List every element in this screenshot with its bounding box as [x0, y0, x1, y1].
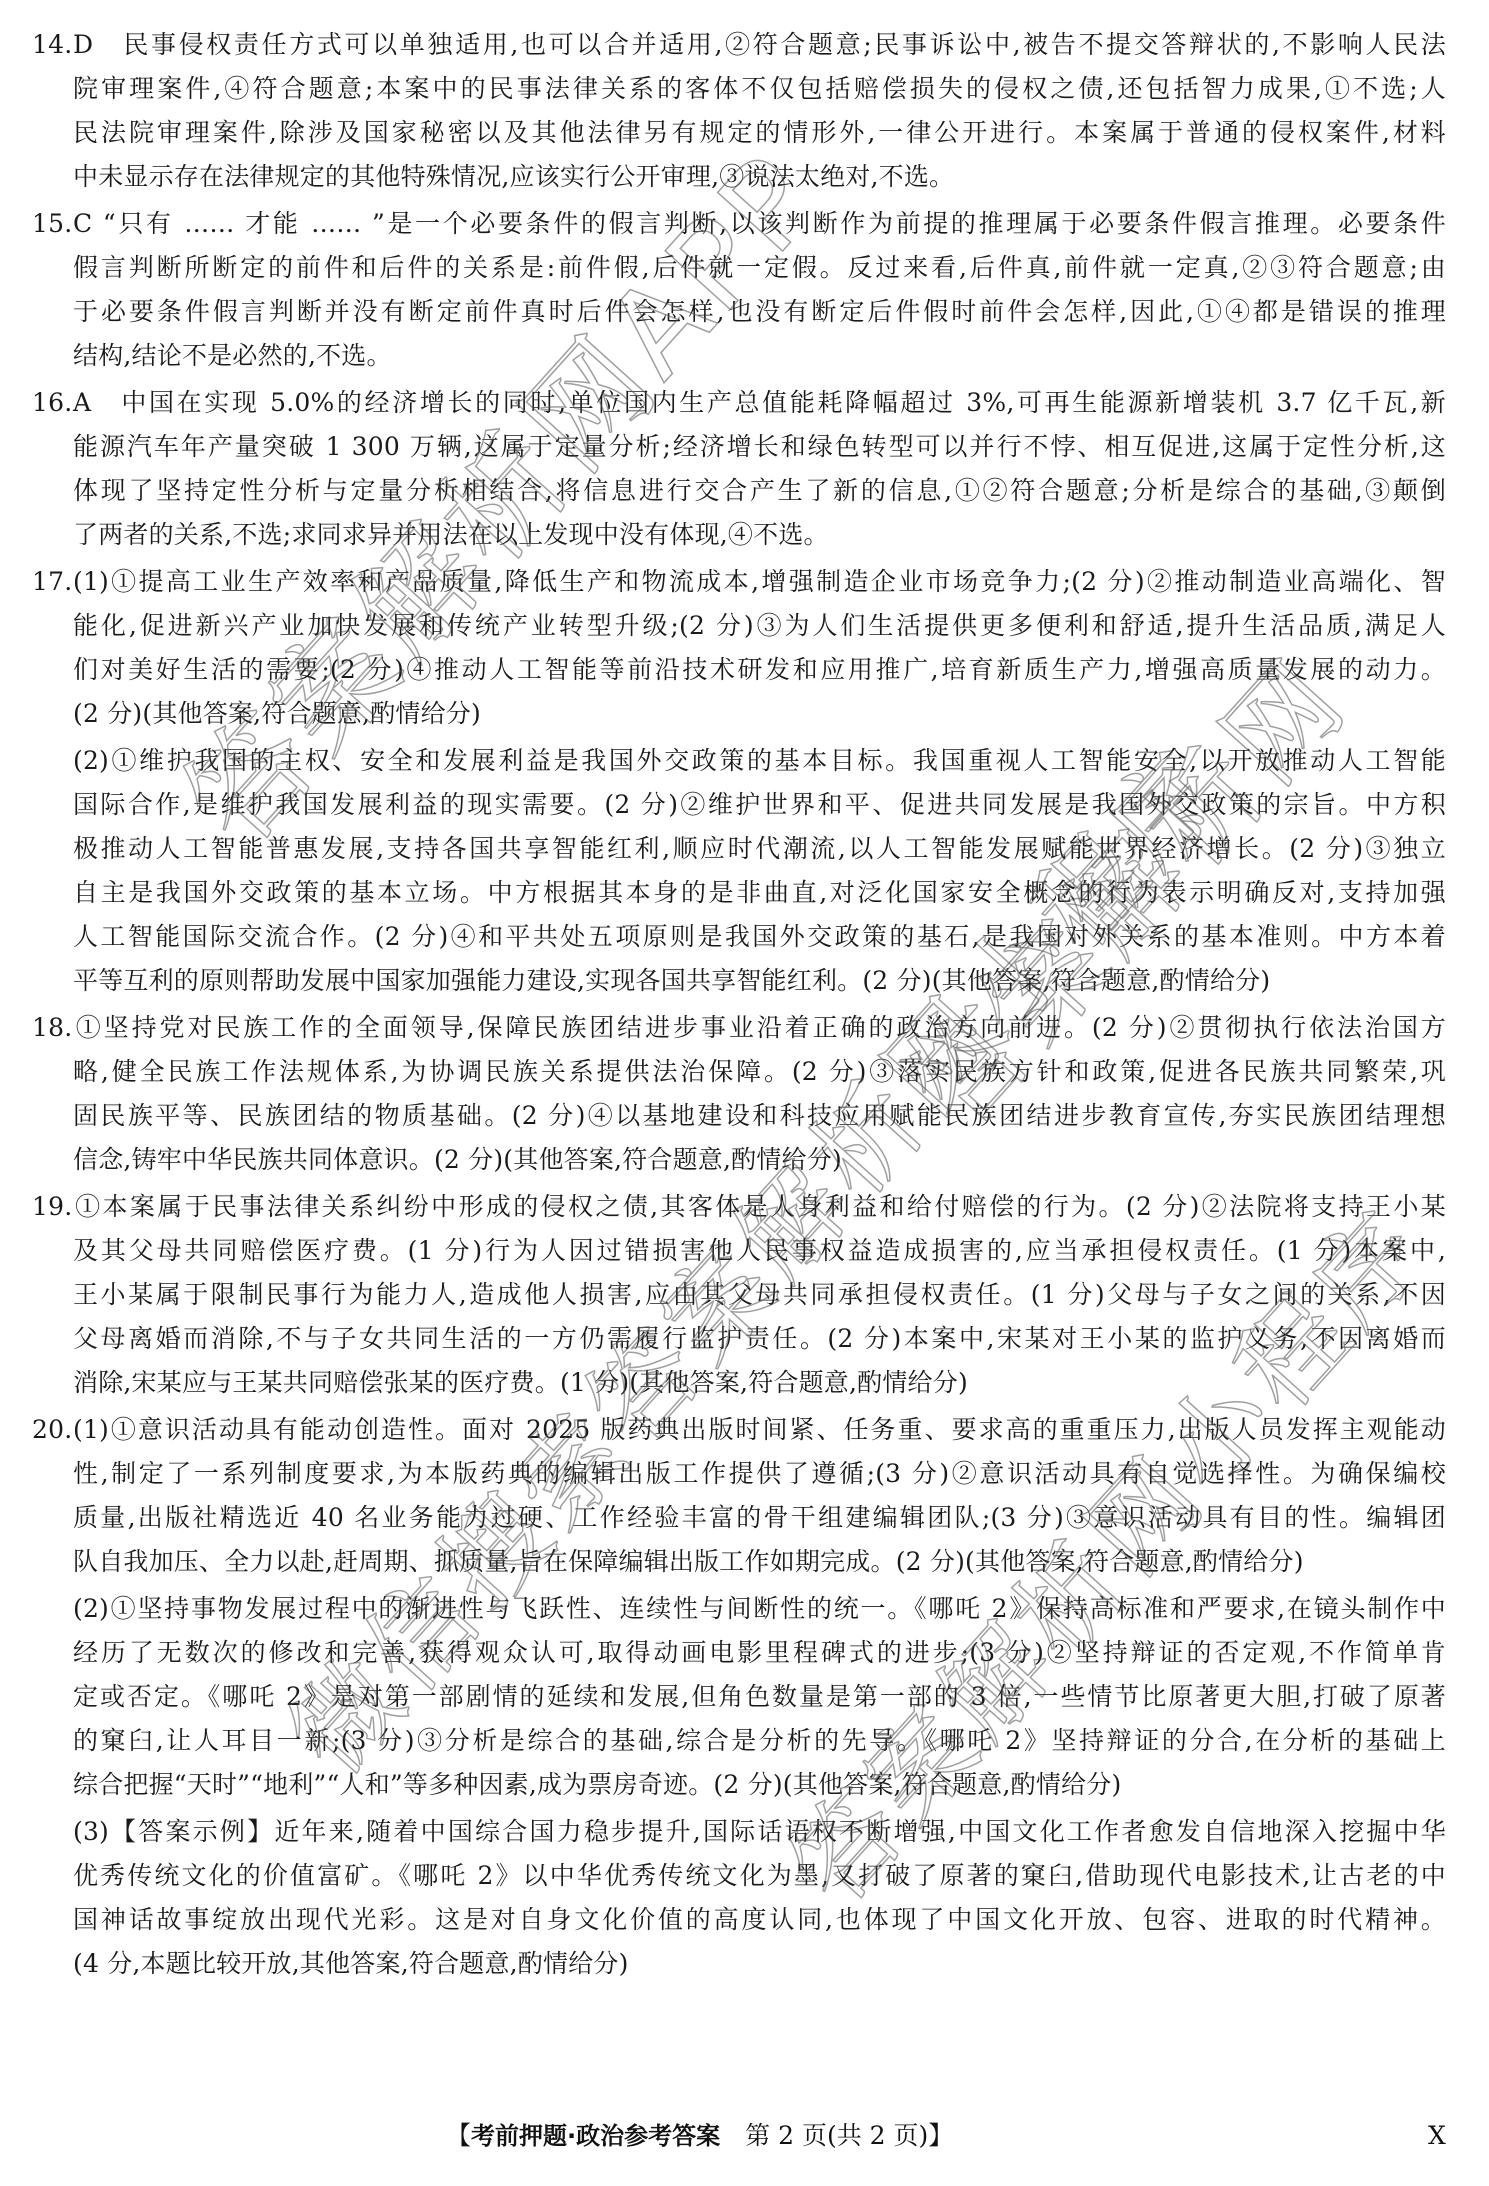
question-15-line-3: 于必要条件假言判断并没有断定前件真时后件会怎样,也没有断定后件假时前件会怎样,因…: [73, 290, 1446, 334]
question-19-line-2: 及其父母共同赔偿医疗费。(1 分)行为人因过错损害他人民事权益造成损害的,应当承…: [73, 1229, 1446, 1273]
question-20-line-3: 质量,出版社精选近 40 名业务能力过硬、工作经验丰富的骨干组建编辑团队;(3 …: [73, 1496, 1446, 1540]
question-20-part3-line-4: (4 分,本题比较开放,其他答案,符合题意,酌情给分): [73, 1942, 1446, 1986]
question-number: 17.: [32, 560, 73, 604]
question-17-part2-line-4: 自主是我国外交政策的基本立场。中方根据其本身的是非曲直,对泛化国家安全概念的行为…: [73, 871, 1446, 915]
question-20-part2-line-2: 经历了无数次的修改和完善,获得观众认可,取得动画电影里程碑式的进步;(3 分)②…: [73, 1631, 1446, 1675]
question-17-part2-line-5: 人工智能国际交流合作。(2 分)④和平共处五项原则是我国外交政策的基石,是我国对…: [73, 915, 1446, 959]
question-number: 16.: [32, 381, 73, 425]
question-19-line-3: 王小某属于限制民事行为能力人,造成他人损害,应由其父母共同承担侵权责任。(1 分…: [73, 1273, 1446, 1317]
footer-bracket-open: 【: [446, 2121, 471, 2150]
question-18-line-1: 18.①坚持党对民族工作的全面领导,保障民族团结进步事业沿着正确的政治方向前进。…: [32, 1006, 1446, 1050]
page-footer: 【考前押题·政治参考答案 第 2 页(共 2 页)】: [446, 2118, 953, 2154]
question-15-line-1: 15.C “只有 …… 才能 …… ”是一个必要条件的假言判断,以该判断作为前提…: [32, 202, 1446, 246]
question-20-line-2: 性,制定了一系列制度要求,为本版药典的编辑出版工作提供了遵循;(3 分)②意识活…: [73, 1452, 1446, 1496]
question-19-line-4: 父母离婚而消除,不与子女共同生活的一方仍需履行监护责任。(2 分)本案中,宋某对…: [73, 1317, 1446, 1361]
question-16-line-3: 体现了坚持定性分析与定量分析相结合,将信息进行交合产生了新的信息,①②符合题意;…: [73, 469, 1446, 513]
question-16-line-1: 16.A 中国在实现 5.0%的经济增长的同时,单位国内生产总值能耗降幅超过 3…: [32, 381, 1446, 425]
question-18-line-4: 信念,铸牢中华民族共同体意识。(2 分)(其他答案,符合题意,酌情给分): [73, 1138, 1446, 1182]
question-14-line-2: 院审理案件,④符合题意;本案中的民事法律关系的客体不仅包括赔偿损失的侵权之债,还…: [73, 67, 1446, 111]
question-17-part2-line-6: 平等互利的原则帮助发展中国家加强能力建设,实现各国共享智能红利。(2 分)(其他…: [73, 959, 1446, 1003]
question-17-part2-line-2: 国际合作,是维护我国发展利益的现实需要。(2 分)②维护世界和平、促进共同发展是…: [73, 783, 1446, 827]
footer-page-info: 第 2 页(共 2 页): [720, 2121, 928, 2150]
question-16-line-4: 了两者的关系,不选;求同求异并用法在以上发现中没有体现,④不选。: [73, 513, 1446, 557]
question-17-part2-line-1: (2)①维护我国的主权、安全和发展利益是我国外交政策的基本目标。我国重视人工智能…: [73, 739, 1446, 783]
question-18-line-2: 略,健全民族工作法规体系,为协调民族关系提供法治保障。(2 分)③落实民族方针和…: [73, 1050, 1446, 1094]
question-20-part2-line-4: 的窠臼,让人耳目一新;(3 分)③分析是综合的基础,综合是分析的先导。《哪吒 2…: [73, 1719, 1446, 1763]
footer-version-mark: X: [1428, 2118, 1446, 2154]
question-14-line-3: 民法院审理案件,除涉及国家秘密以及其他法律另有规定的情形外,一律公开进行。本案属…: [73, 111, 1446, 155]
question-14-line-1: 14.D 民事侵权责任方式可以单独适用,也可以合并适用,②符合题意;民事诉讼中,…: [32, 23, 1446, 67]
question-20-part2-line-3: 定或否定。《哪吒 2》是对第一部剧情的延续和发展,但角色数量是第一部的 3 倍,…: [73, 1675, 1446, 1719]
question-18-line-3: 固民族平等、民族团结的物质基础。(2 分)④以基地建设和科技应用赋能民族团结进步…: [73, 1094, 1446, 1138]
question-number: 14.: [32, 23, 73, 67]
question-17-line-2: 能化,促进新兴产业加快发展和传统产业转型升级;(2 分)③为人们生活提供更多便利…: [73, 604, 1446, 648]
question-20-line-4: 队自我加压、全力以赴,赶周期、抓质量,旨在保障编辑出版工作如期完成。(2 分)(…: [73, 1540, 1446, 1584]
question-number: 15.: [32, 202, 73, 246]
question-17-part2-line-3: 极推动人工智能普惠发展,支持各国共享智能红利,顺应时代潮流,以人工智能发展赋能世…: [73, 827, 1446, 871]
question-16-line-2: 能源汽车年产量突破 1 300 万辆,这属于定量分析;经济增长和绿色转型可以并行…: [73, 425, 1446, 469]
question-20-part3-line-3: 国神话故事绽放出现代光彩。这是对自身文化价值的高度认同,也体现了中国文化开放、包…: [73, 1898, 1446, 1942]
answer-key-page: 14.D 民事侵权责任方式可以单独适用,也可以合并适用,②符合题意;民事诉讼中,…: [0, 0, 1489, 2186]
footer-bracket-close: 】: [928, 2121, 953, 2150]
question-15-line-2: 假言判断所断定的前件和后件的关系是:前件假,后件就一定假。反过来看,后件真,前件…: [73, 246, 1446, 290]
question-14-line-4: 中未显示存在法律规定的其他特殊情况,应该实行公开审理,③说法太绝对,不选。: [73, 155, 1446, 199]
footer-title: 考前押题·政治参考答案: [471, 2122, 720, 2150]
question-20-part2-line-5: 综合把握“天时”“地利”“人和”等多种因素,成为票房奇迹。(2 分)(其他答案,…: [73, 1763, 1446, 1807]
question-15-line-4: 结构,结论不是必然的,不选。: [73, 334, 1446, 378]
question-19-line-1: 19.①本案属于民事法律关系纠纷中形成的侵权之债,其客体是人身利益和给付赔偿的行…: [32, 1185, 1446, 1229]
question-17-line-3: 们对美好生活的需要;(2 分)④推动人工智能等前沿技术研发和应用推广,培育新质生…: [73, 648, 1446, 692]
question-19-line-5: 消除,宋某应与王某共同赔偿张某的医疗费。(1 分)(其他答案,符合题意,酌情给分…: [73, 1361, 1446, 1405]
question-20-part2-line-1: (2)①坚持事物发展过程中的渐进性与飞跃性、连续性与间断性的统一。《哪吒 2》保…: [73, 1587, 1446, 1631]
question-20-part3-line-2: 优秀传统文化的价值富矿。《哪吒 2》以中华优秀传统文化为墨,又打破了原著的窠臼,…: [73, 1854, 1446, 1898]
question-number: 18.: [32, 1006, 73, 1050]
question-number: 20.: [32, 1408, 73, 1452]
question-20-line-1: 20.(1)①意识活动具有能动创造性。面对 2025 版药典出版时间紧、任务重、…: [32, 1408, 1446, 1452]
question-20-part3-line-1: (3)【答案示例】近年来,随着中国综合国力稳步提升,国际话语权不断增强,中国文化…: [73, 1810, 1446, 1854]
question-17-line-1: 17.(1)①提高工业生产效率和产品质量,降低生产和物流成本,增强制造企业市场竞…: [32, 560, 1446, 604]
question-number: 19.: [32, 1185, 73, 1229]
question-17-line-4: (2 分)(其他答案,符合题意,酌情给分): [73, 692, 1446, 736]
